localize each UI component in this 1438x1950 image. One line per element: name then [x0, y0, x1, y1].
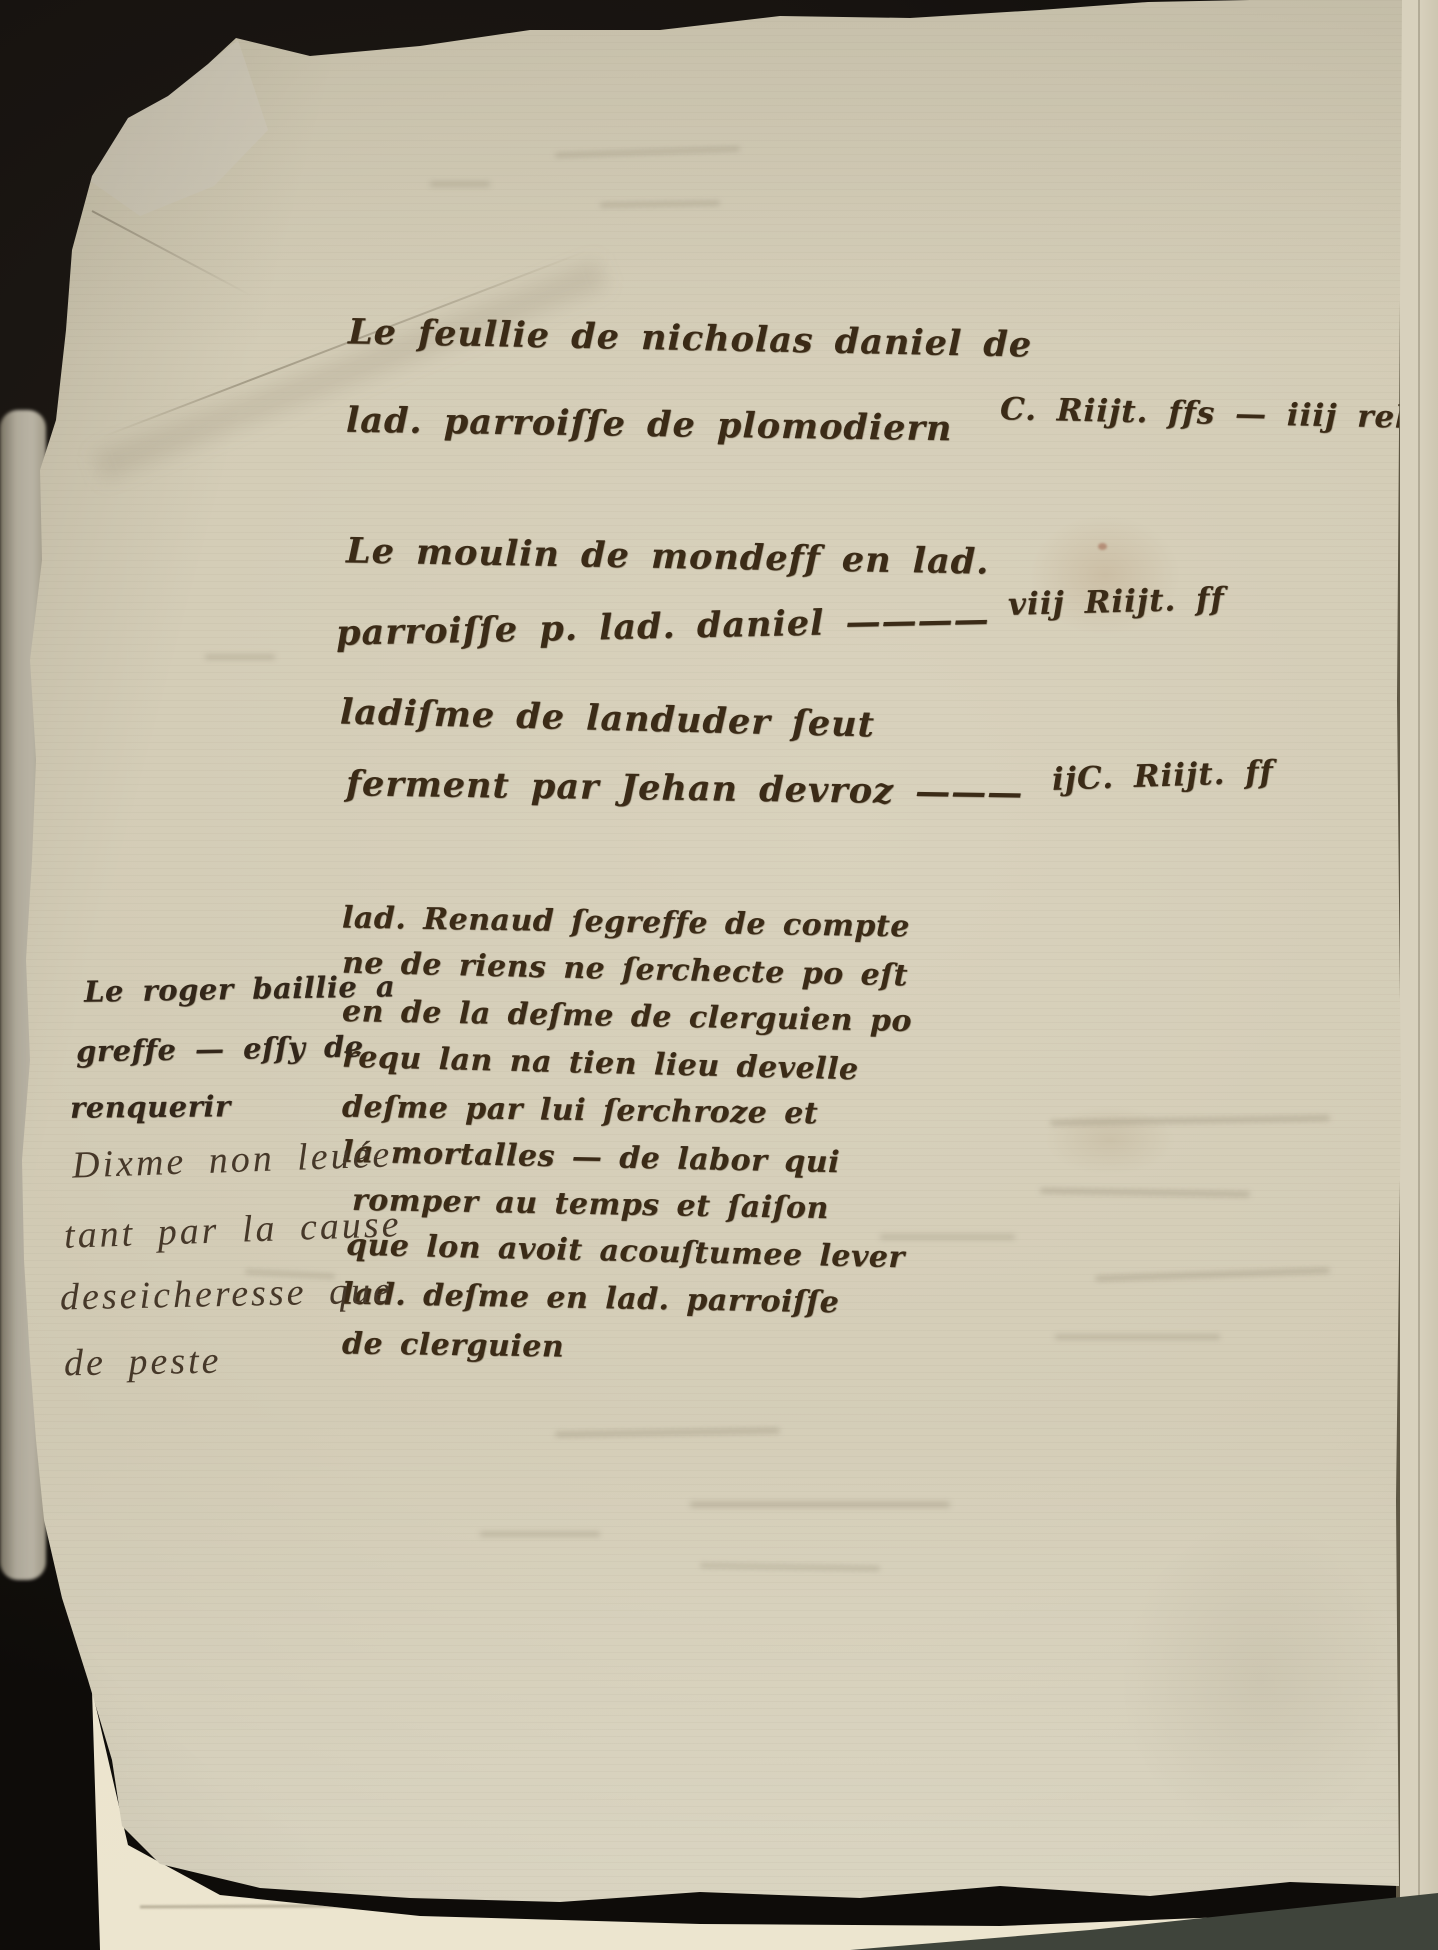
paragraph-line: ne de riens ne ſerchecte po eſt [342, 946, 909, 994]
paragraph-line: deſme par lui ſerchroze et [342, 1090, 819, 1132]
show-through-mark [430, 182, 490, 186]
show-through-mark [480, 1532, 600, 1536]
entry-1-amount: C. Riijt. ffs — iiij reb a [1000, 391, 1438, 437]
entry-2-line-1: Le moulin de mondeff en lad. [346, 530, 990, 582]
entry-2-amount: viij Riijt. ff [1008, 581, 1226, 623]
show-through-mark [880, 1235, 1015, 1239]
entry-2-line-2: parroiſſe p. lad. daniel ———— [336, 599, 990, 654]
manuscript-page: Le feullie de nicholas daniel de lad. pa… [0, 0, 1438, 1950]
margin-note-dixme-line: de peste [64, 1339, 222, 1386]
show-through-mark [690, 1502, 950, 1507]
folded-corner [0, 0, 300, 260]
show-through-mark [700, 1563, 880, 1570]
entry-1-line-2: lad. parroiſſe de plomodiern [346, 400, 953, 449]
paragraph-line: que lon avoit acouſtumee lever [346, 1228, 905, 1276]
photograph-backdrop: { "document": { "kind": "manuscript-acco… [0, 0, 1438, 1950]
paragraph-line: la mortalles — de labor qui [342, 1135, 841, 1180]
margin-note-dixme-line: Dixme non leuée [71, 1132, 393, 1187]
show-through-mark [1095, 1268, 1330, 1281]
show-through-mark [1050, 1116, 1330, 1126]
margin-note-line: renquerir [70, 1089, 231, 1124]
margin-note-dixme-line: deseicheresse que [60, 1269, 394, 1320]
show-through-mark [555, 147, 740, 157]
paragraph-line: requ lan na tien lieu develle [342, 1040, 859, 1088]
paragraph-line: lad. Renaud ſegreffe de compte [342, 901, 910, 945]
paragraph-line: de clerguien [342, 1326, 565, 1364]
show-through-mark [600, 201, 720, 207]
entry-3-line-1: ladiſme de landuder ſeut [340, 691, 876, 745]
underlying-page-right-edge [1396, 0, 1438, 1950]
entry-3-line-2: ferment par Jehan devroz ——— [346, 763, 1024, 813]
paper-stain [1120, 1520, 1400, 1840]
entry-3-amount: ijC. Riijt. ff [1051, 754, 1274, 798]
entry-1-line-1: Le feullie de nicholas daniel de [348, 311, 1033, 365]
paper-crease-shadow [93, 259, 608, 481]
show-through-mark [1040, 1188, 1250, 1197]
paper-stain [1045, 1105, 1175, 1175]
show-through-mark [205, 655, 275, 659]
show-through-mark [1055, 1335, 1220, 1339]
show-through-mark [555, 1428, 780, 1437]
margin-note-line: Le roger baillie a [84, 969, 396, 1008]
corner-crease [92, 210, 252, 296]
paragraph-line: lad. deſme en lad. parroiſſe [342, 1277, 840, 1321]
margin-note-line: greffe — eſſy de [76, 1029, 364, 1068]
paragraph-line: romper au temps et ſaiſon [352, 1183, 829, 1226]
ink-spot [1098, 543, 1107, 550]
paragraph-line: en de la deſme de clerguien po [342, 994, 912, 1039]
blue-ink-mark [40, 56, 104, 160]
